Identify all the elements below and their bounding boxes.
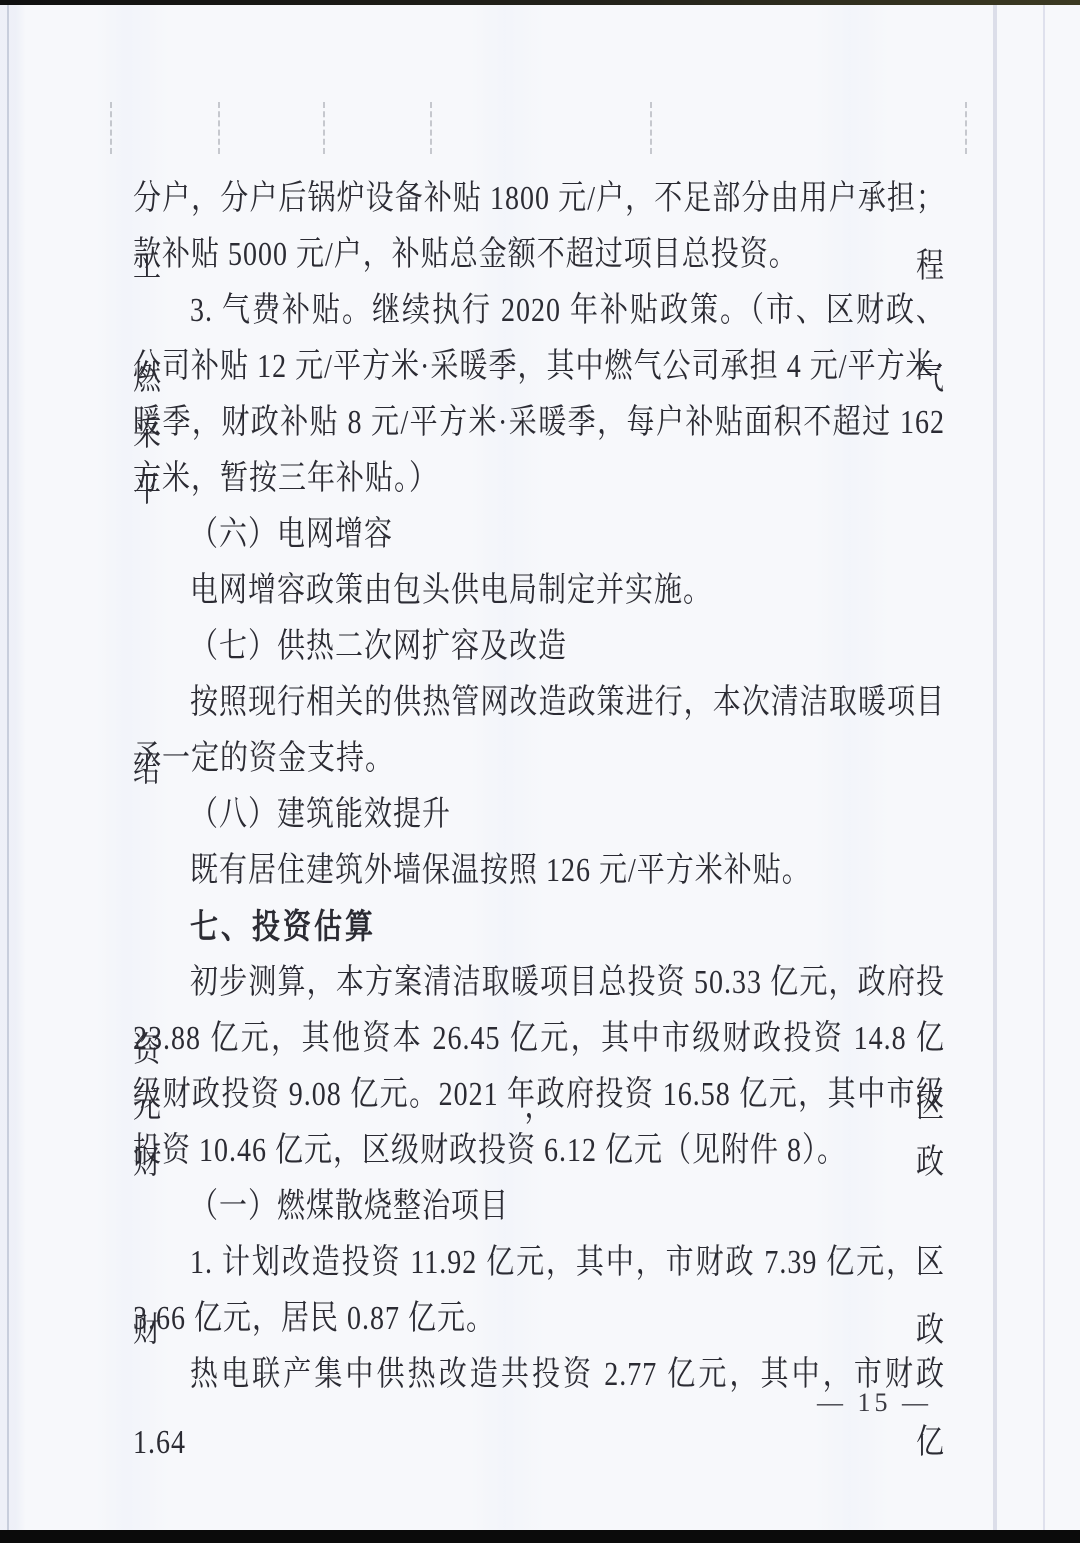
scan-bottom-edge <box>0 1530 1080 1543</box>
scan-top-edge <box>0 0 1080 5</box>
scan-fold-line <box>993 5 997 1530</box>
scanned-document-page: 分户，分户后锅炉设备补贴 1800 元/户，不足部分由用户承担；工程 款补贴 5… <box>0 0 1080 1543</box>
document-body: 分户，分户后锅炉设备补贴 1800 元/户，不足部分由用户承担；工程 款补贴 5… <box>133 171 945 1403</box>
scan-right-edge-line <box>1043 5 1045 1530</box>
page-number: — 15 — <box>817 1388 932 1418</box>
scan-left-edge-line <box>7 5 9 1530</box>
